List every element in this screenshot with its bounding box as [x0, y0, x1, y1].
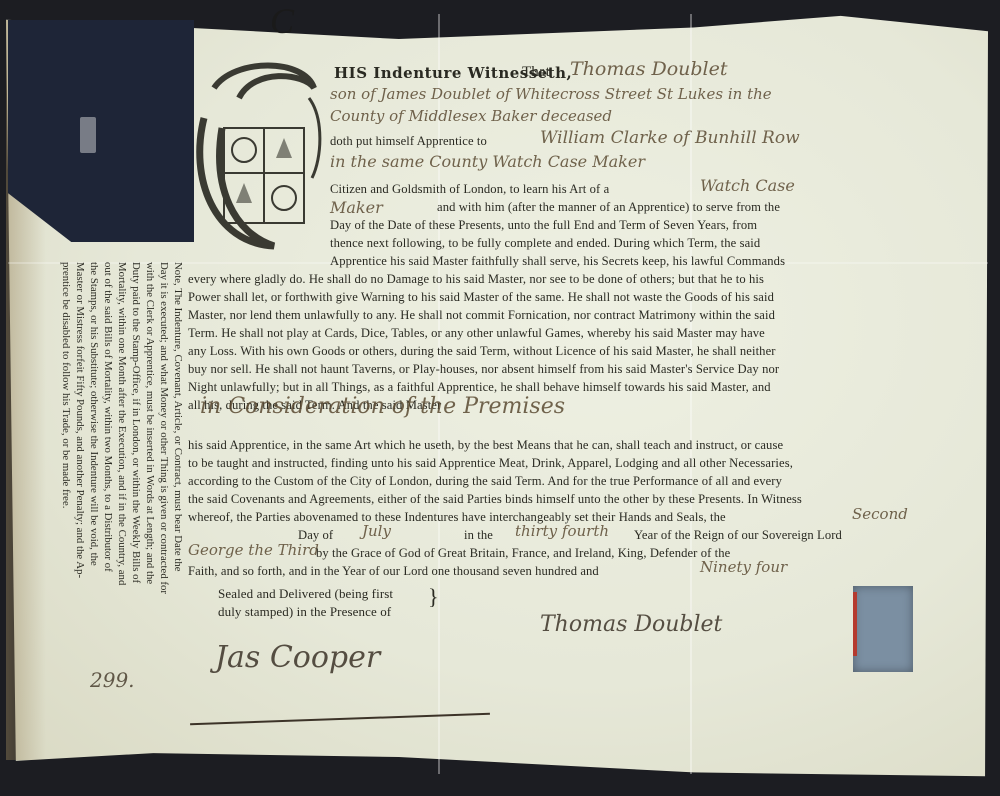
margin-note-line: with the Clerk or Apprentice, must be in…: [144, 262, 156, 584]
reign-year-handwritten: thirty fourth: [515, 522, 609, 540]
margin-note: Note, The Indenture, Covenant, Article, …: [46, 262, 186, 682]
margin-note-line: out of the said Bills of Mortality, with…: [102, 262, 114, 572]
handwritten-parentage: son of James Doublet of Whitecross Stree…: [330, 85, 772, 103]
printed-line: any Loss. With his own Goods or others, …: [188, 344, 776, 359]
printed-line: doth put himself Apprentice to: [330, 134, 487, 149]
sealed-line-2: duly stamped) in the Presence of: [218, 604, 391, 620]
witness-signature: Jas Cooper: [215, 640, 380, 675]
sealed-line-1: Sealed and Delivered (being first: [218, 586, 393, 602]
margin-note-line: the Stamps, or his Substitute; otherwise…: [88, 262, 100, 566]
printed-line: thence next following, to be fully compl…: [330, 236, 760, 251]
printed-line: according to the Custom of the City of L…: [188, 474, 782, 489]
printed-line: by the Grace of God of Great Britain, Fr…: [316, 546, 730, 561]
that-word: That: [522, 64, 550, 81]
wax-seal-trace: [853, 592, 857, 656]
consideration-handwritten: in Consideration of the Premises: [200, 394, 565, 419]
printed-line: Apprentice his said Master faithfully sh…: [330, 254, 785, 269]
king-handwritten: George the Third: [188, 541, 319, 559]
printed-line: in the: [464, 528, 493, 543]
printed-line: Term. He shall not play at Cards, Dice, …: [188, 326, 765, 341]
month-handwritten: July: [362, 522, 391, 540]
handwritten-county: County of Middlesex Baker deceased: [330, 107, 612, 125]
margin-note-line: Day it is executed; and what Money or ot…: [158, 262, 170, 594]
apprentice-name-handwritten: Thomas Doublet: [570, 58, 728, 80]
margin-note-line: Mortality, within one Month after the Ex…: [116, 262, 128, 585]
printed-line: Master, nor lend them unlawfully to any.…: [188, 308, 775, 323]
day-handwritten: Second: [852, 505, 908, 523]
printed-line: whereof, the Parties abovenamed to these…: [188, 510, 726, 525]
master-name-handwritten: William Clarke of Bunhill Row: [540, 128, 800, 148]
printed-line: to be taught and instructed, finding unt…: [188, 456, 793, 471]
printed-line: Day of the Date of these Presents, unto …: [330, 218, 757, 233]
printed-line: Faith, and so forth, and in the Year of …: [188, 564, 599, 579]
printed-line: Year of the Reign of our Sovereign Lord: [634, 528, 842, 543]
margin-note-line: prentice be disabled to follow his Trade…: [60, 262, 72, 508]
printed-line: every where gladly do. He shall do no Da…: [188, 272, 764, 287]
printed-line: buy nor sell. He shall not haunt Taverns…: [188, 362, 779, 377]
art-handwritten: Watch Case: [700, 176, 795, 195]
year-handwritten: Ninety four: [700, 558, 787, 576]
printed-line: and with him (after the manner of an App…: [437, 200, 780, 215]
margin-note-line: Duty paid to the Stamp-Office, if in Lon…: [130, 262, 142, 583]
apprentice-signature: Thomas Doublet: [540, 612, 722, 637]
art-handwritten-2: Maker: [330, 198, 383, 217]
printed-line: his said Apprentice, in the same Art whi…: [188, 438, 783, 453]
duty-stamp: [853, 586, 913, 672]
printed-line: Power shall let, or forthwith give Warni…: [188, 290, 774, 305]
seal-emboss-icon: [80, 117, 96, 153]
blue-ribbon-tab: [8, 20, 194, 242]
printed-line: Night unlawfully; but in all Things, as …: [188, 380, 771, 395]
margin-note-line: Master or Mistress forfeit Fifty Pounds,…: [74, 262, 86, 578]
decorated-initial-coat-of-arms-icon: [194, 58, 324, 250]
margin-note-line: Note, The Indenture, Covenant, Article, …: [172, 262, 184, 572]
handwritten-master-trade: in the same County Watch Case Maker: [330, 152, 645, 171]
printed-line: Citizen and Goldsmith of London, to lear…: [330, 182, 609, 197]
printed-line: the said Covenants and Agreements, eithe…: [188, 492, 802, 507]
brace-icon: }: [428, 584, 439, 610]
ornament-letter: C: [270, 0, 294, 42]
